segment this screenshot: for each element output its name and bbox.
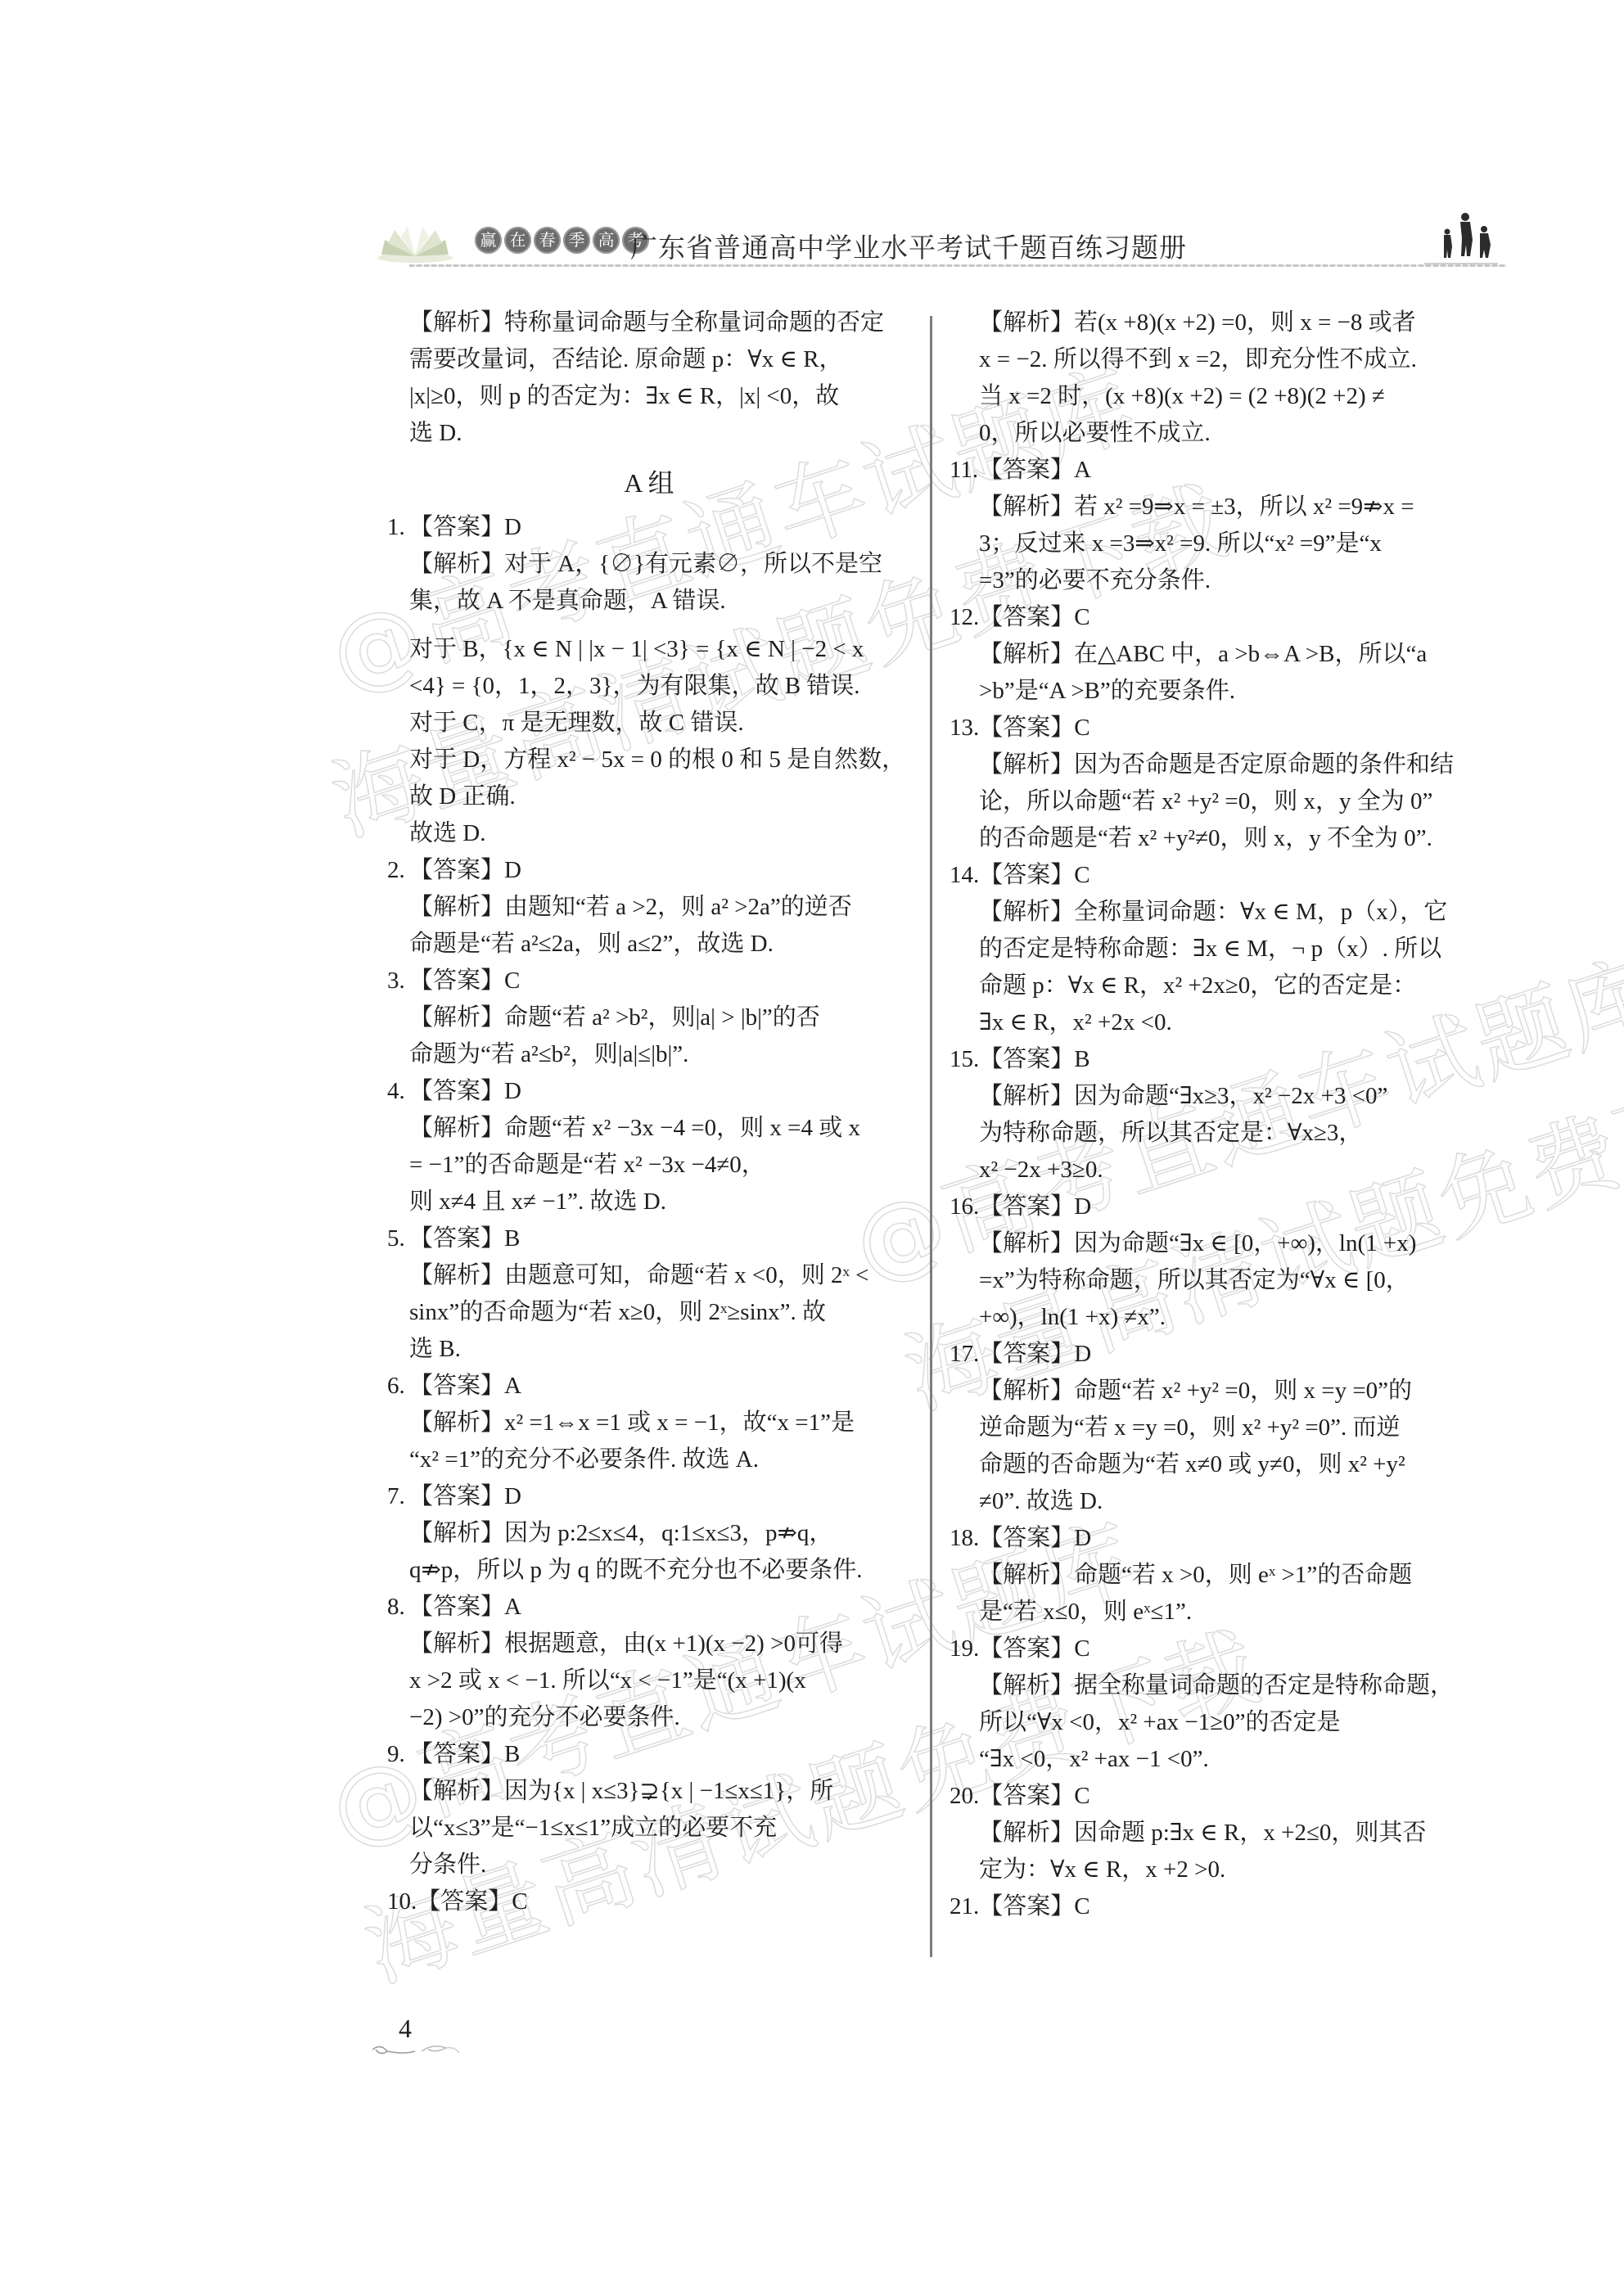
explanation-line: 对于 D，方程 x² − 5x = 0 的根 0 和 5 是自然数， [387,742,911,778]
text-line: 【解析】若(x +8)(x +2) =0，则 x = −8 或者 [950,304,1506,341]
answer-item: 7.【答案】D [387,1478,911,1515]
answer-label: 【答案】B [979,1046,1089,1072]
explanation-line: 命题为“若 a²≤b²，则|a|≤|b|”. [387,1036,911,1073]
explanation-line: 【解析】命题“若 x² −3x −4 =0，则 x =4 或 x [387,1110,911,1147]
explanation-line: q⇏p，所以 p 为 q 的既不充分也不必要条件. [387,1552,911,1589]
text-line: 需要改量词，否结论. 原命题 p：∀x ∈ R， [387,341,911,378]
answer-item: 18.【答案】D [950,1520,1506,1557]
slogan-badge: 春 [534,227,561,254]
explanation-line: 【解析】对于 A，{∅}有元素∅，所以不是空 [387,546,911,583]
answer-item: 20.【答案】C [950,1778,1506,1815]
answer-label: 【答案】D [409,857,521,883]
flourish-ornament-icon [364,2038,471,2063]
explanation-line: 【解析】命题“若 x² +y² =0，则 x =y =0”的 [950,1373,1506,1410]
explanation-line: 的否命题是“若 x² +y²≠0，则 x，y 不全为 0”. [950,820,1506,857]
answer-item: 6.【答案】A [387,1368,911,1405]
answer-label: 【答案】C [417,1888,527,1915]
open-book-icon [377,225,454,266]
answer-label: 【答案】C [979,862,1089,888]
answer-item: 17.【答案】D [950,1336,1506,1373]
explanation-line: 是“若 x≤0，则 eˣ≤1”. [950,1594,1506,1631]
answer-item: 9.【答案】B [387,1736,911,1773]
answer-item: 2.【答案】D [387,852,911,889]
answer-label: 【答案】B [409,1225,520,1252]
answer-item: 8.【答案】A [387,1589,911,1626]
answer-item: 5.【答案】B [387,1220,911,1257]
text-line: x = −2. 所以得不到 x =2，即充分性不成立. [950,341,1506,378]
explanation-line: 【解析】若 x² =9⇒x = ±3，所以 x² =9⇏x = [950,489,1506,526]
slogan-badge: 高 [593,227,620,254]
answer-label: 【答案】D [409,514,521,540]
section-title: A 组 [387,452,911,509]
explanation-line: −2) >0”的充分不必要条件. [387,1699,911,1736]
item-number: 1. [387,509,409,546]
explanation-line: 分条件. [387,1847,911,1883]
item-number: 4. [387,1073,409,1110]
item-number: 2. [387,852,409,889]
answer-label: 【答案】C [979,1783,1089,1809]
explanation-line: ∃x ∈ R，x² +2x <0. [950,1004,1506,1041]
explanation-line: 【解析】据全称量词命题的否定是特称命题， [950,1667,1506,1704]
answer-label: 【答案】C [409,968,520,994]
explanation-line: 【解析】命题“若 a² >b²，则|a| > |b|”的否 [387,999,911,1036]
explanation-line: = −1”的否命题是“若 x² −3x −4≠0， [387,1147,911,1184]
answer-item: 3.【答案】C [387,963,911,999]
answer-label: 【答案】D [409,1483,521,1509]
explanation-line: 对于 C，π 是无理数，故 C 错误. [387,705,911,742]
page-header: 赢 在 春 季 高 考 广东省普通高中学业水平考试千题百练习题册 [360,209,1498,274]
text-line: |x|≥0，则 p 的否定为：∃x ∈ R，|x| <0，故 [387,378,911,415]
item-number: 19. [950,1631,979,1667]
explanation-line: 【解析】因为否命题是否定原命题的条件和结 [950,747,1506,783]
explanation-line: 逆命题为“若 x =y =0，则 x² +y² =0”. 而逆 [950,1410,1506,1446]
answer-label: 【答案】A [409,1373,521,1399]
item-number: 20. [950,1778,979,1815]
right-column: 【解析】若(x +8)(x +2) =0，则 x = −8 或者 x = −2.… [950,304,1506,1925]
explanation-line: 命题的否命题为“若 x≠0 或 y≠0，则 x² +y² [950,1446,1506,1483]
explanation-line: 集，故 A 不是真命题，A 错误. [387,583,911,620]
header-rule [409,264,1506,267]
explanation-line: <4} = {0，1，2，3}，为有限集，故 B 错误. [387,668,911,705]
text-line: 【解析】特称量词命题与全称量词命题的否定 [387,304,911,341]
item-number: 12. [950,599,979,636]
explanation-line: 【解析】因为 p:2≤x≤4，q:1≤x≤3，p⇏q， [387,1515,911,1552]
slogan-badge: 赢 [475,227,502,254]
text-line: 当 x =2 时，(x +8)(x +2) = (2 +8)(2 +2) ≠ [950,378,1506,415]
item-number: 5. [387,1220,409,1257]
answer-label: 【答案】B [409,1741,520,1767]
explanation-line: 【解析】全称量词命题：∀x ∈ M，p（x），它 [950,894,1506,931]
explanation-line: 定为：∀x ∈ R，x +2 >0. [950,1852,1506,1888]
explanation-line: 【解析】根据题意，由(x +1)(x −2) >0可得 [387,1626,911,1662]
answer-label: 【答案】A [409,1594,521,1620]
answer-item: 11.【答案】A [950,452,1506,489]
answer-label: 【答案】C [979,604,1089,630]
explanation-line: =3”的必要不充分条件. [950,562,1506,599]
explanation-line: +∞)，ln(1 +x) ≠x”. [950,1299,1506,1336]
explanation-line: 【解析】因为命题“∃x ∈ [0，+∞)，ln(1 +x) [950,1225,1506,1262]
explanation-line: “∃x <0，x² +ax −1 <0”. [950,1741,1506,1778]
answer-label: 【答案】C [979,1893,1089,1919]
explanation-line: 【解析】在△ABC 中，a >b⇔A >B，所以“a [950,636,1506,673]
explanation-line: 的否定是特称命题：∃x ∈ M，¬ p（x）. 所以 [950,931,1506,968]
explanation-line: 为特称命题，所以其否定是：∀x≥3， [950,1115,1506,1152]
explanation-line: 故选 D. [387,815,911,852]
item-number: 13. [950,710,979,747]
answer-label: 【答案】D [979,1525,1091,1551]
answer-item: 4.【答案】D [387,1073,911,1110]
explanation-line: 【解析】因命题 p:∃x ∈ R，x +2≤0，则其否 [950,1815,1506,1852]
explanation-line: 故 D 正确. [387,778,911,815]
explanation-line: x >2 或 x < −1. 所以“x < −1”是“(x +1)(x [387,1662,911,1699]
explanation-line: 【解析】x² =1⇔x =1 或 x = −1，故“x =1”是 [387,1405,911,1441]
answer-label: 【答案】C [979,1635,1089,1662]
explanation-line: 以“x≤3”是“−1≤x≤1”成立的必要不充 [387,1810,911,1847]
explanation-line: 论，所以命题“若 x² +y² =0，则 x，y 全为 0” [950,783,1506,820]
explanation-line: 【解析】由题意可知，命题“若 x <0，则 2ˣ < [387,1257,911,1294]
answer-label: 【答案】A [979,457,1091,483]
explanation-line: 对于 B，{x ∈ N | |x − 1| <3} = {x ∈ N | −2 … [387,631,911,668]
answer-item: 1.【答案】D [387,509,911,546]
slogan-badges: 赢 在 春 季 高 考 [475,227,649,254]
explanation-line: 命题 p：∀x ∈ R，x² +2x≥0，它的否定是： [950,968,1506,1004]
explanation-line: ≠0”. 故选 D. [950,1483,1506,1520]
runners-icon [1424,209,1498,270]
item-number: 18. [950,1520,979,1557]
explanation-line: 【解析】因为{x | x≤3}⊋{x | −1≤x≤1}，所 [387,1773,911,1810]
text-line: 0，所以必要性不成立. [950,415,1506,452]
explanation-line: sinx”的否命题为“若 x≥0，则 2ˣ≥sinx”. 故 [387,1294,911,1331]
answer-item: 14.【答案】C [950,857,1506,894]
explanation-line: “x² =1”的充分不必要条件. 故选 A. [387,1441,911,1478]
explanation-line: =x”为特称命题，所以其否定为“∀x ∈ [0， [950,1262,1506,1299]
answer-label: 【答案】D [979,1193,1091,1220]
text-line: 选 D. [387,415,911,452]
answer-item: 15.【答案】B [950,1041,1506,1078]
explanation-line: 【解析】由题知“若 a >2，则 a² >2a”的逆否 [387,889,911,926]
item-number: 17. [950,1336,979,1373]
answer-item: 10.【答案】C [387,1883,911,1920]
explanation-line: 所以“∀x <0，x² +ax −1≥0”的否定是 [950,1704,1506,1741]
item-number: 7. [387,1478,409,1515]
answer-item: 21.【答案】C [950,1888,1506,1925]
answer-item: 16.【答案】D [950,1189,1506,1225]
item-number: 8. [387,1589,409,1626]
item-number: 6. [387,1368,409,1405]
explanation-line: 选 B. [387,1331,911,1368]
explanation-line: 【解析】因为命题“∃x≥3，x² −2x +3 <0” [950,1078,1506,1115]
item-number: 3. [387,963,409,999]
item-number: 9. [387,1736,409,1773]
explanation-line: 则 x≠4 且 x≠ −1”. 故选 D. [387,1184,911,1220]
column-divider [930,316,932,1957]
explanation-line: 3；反过来 x =3⇒x² =9. 所以“x² =9”是“x [950,526,1506,562]
book-title: 广东省普通高中学业水平考试千题百练习题册 [630,227,1187,265]
answer-label: 【答案】D [979,1341,1091,1367]
slogan-badge: 在 [504,227,531,254]
answer-item: 19.【答案】C [950,1631,1506,1667]
left-column: 【解析】特称量词命题与全称量词命题的否定 需要改量词，否结论. 原命题 p：∀x… [387,304,911,1920]
item-number: 10. [387,1883,417,1920]
answer-item: 12.【答案】C [950,599,1506,636]
explanation-line: 命题是“若 a²≤2a，则 a≤2”，故选 D. [387,926,911,963]
explanation-line: >b”是“A >B”的充要条件. [950,673,1506,710]
answer-item: 13.【答案】C [950,710,1506,747]
item-number: 15. [950,1041,979,1078]
item-number: 21. [950,1888,979,1925]
explanation-line: x² −2x +3≥0. [950,1152,1506,1189]
answer-label: 【答案】D [409,1078,521,1104]
slogan-badge: 季 [563,227,590,254]
item-number: 14. [950,857,979,894]
answer-label: 【答案】C [979,715,1089,741]
explanation-line: 【解析】命题“若 x >0，则 eˣ >1”的否命题 [950,1557,1506,1594]
item-number: 16. [950,1189,979,1225]
item-number: 11. [950,452,979,489]
